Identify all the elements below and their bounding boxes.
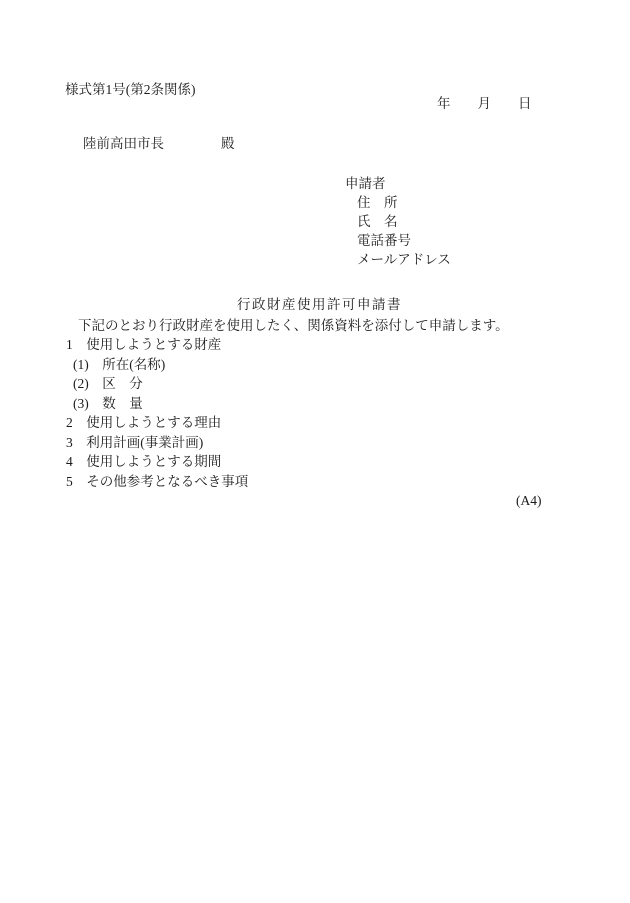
list-item-quantity: (3) 数 量 (73, 396, 143, 412)
applicant-label: 申請者 (345, 176, 386, 192)
list-item-plan: 3 利用計画(事業計画) (66, 435, 203, 451)
date-line: 年 月 日 (437, 96, 532, 112)
document-page: 様式第1号(第2条関係) 年 月 日 陸前高田市長殿 申請者 住 所 氏 名 電… (0, 0, 630, 903)
applicant-field-address: 住 所 (357, 195, 398, 211)
intro-text: 下記のとおり行政財産を使用したく、関係資料を添付して申請します。 (78, 318, 509, 334)
applicant-field-name: 氏 名 (357, 214, 398, 230)
recipient-name: 陸前高田市長 (83, 136, 164, 151)
list-item-location: (1) 所在(名称) (73, 357, 165, 373)
applicant-field-email: メールアドレス (357, 252, 451, 268)
list-item-period: 4 使用しようとする期間 (66, 454, 221, 470)
applicant-field-phone: 電話番号 (357, 233, 411, 249)
recipient-line: 陸前高田市長殿 (83, 136, 235, 152)
document-title: 行政財産使用許可申請書 (237, 297, 402, 313)
list-item-property: 1 使用しようとする財産 (66, 337, 221, 353)
list-item-category: (2) 区 分 (73, 376, 143, 392)
paper-size-note: (A4) (516, 493, 542, 509)
list-item-notes: 5 その他参考となるべき事項 (66, 474, 248, 490)
form-number: 様式第1号(第2条関係) (65, 82, 196, 98)
list-item-reason: 2 使用しようとする理由 (66, 415, 221, 431)
recipient-honorific: 殿 (221, 136, 235, 152)
